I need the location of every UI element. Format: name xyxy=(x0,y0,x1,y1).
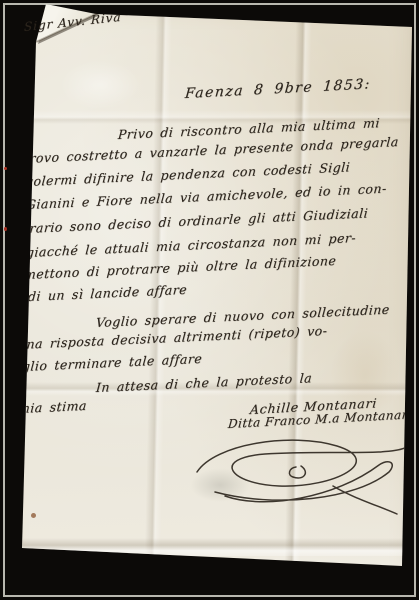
red-speck xyxy=(4,227,7,231)
letter-photograph: Faenza 8 9bre 1853: Privo di riscontro a… xyxy=(0,0,419,600)
letter-paper: Faenza 8 9bre 1853: Privo di riscontro a… xyxy=(0,0,419,600)
letter-line: mia stima xyxy=(17,398,87,416)
red-speck xyxy=(4,167,7,170)
signature-flourish xyxy=(183,428,415,518)
ink-spot xyxy=(31,513,36,518)
